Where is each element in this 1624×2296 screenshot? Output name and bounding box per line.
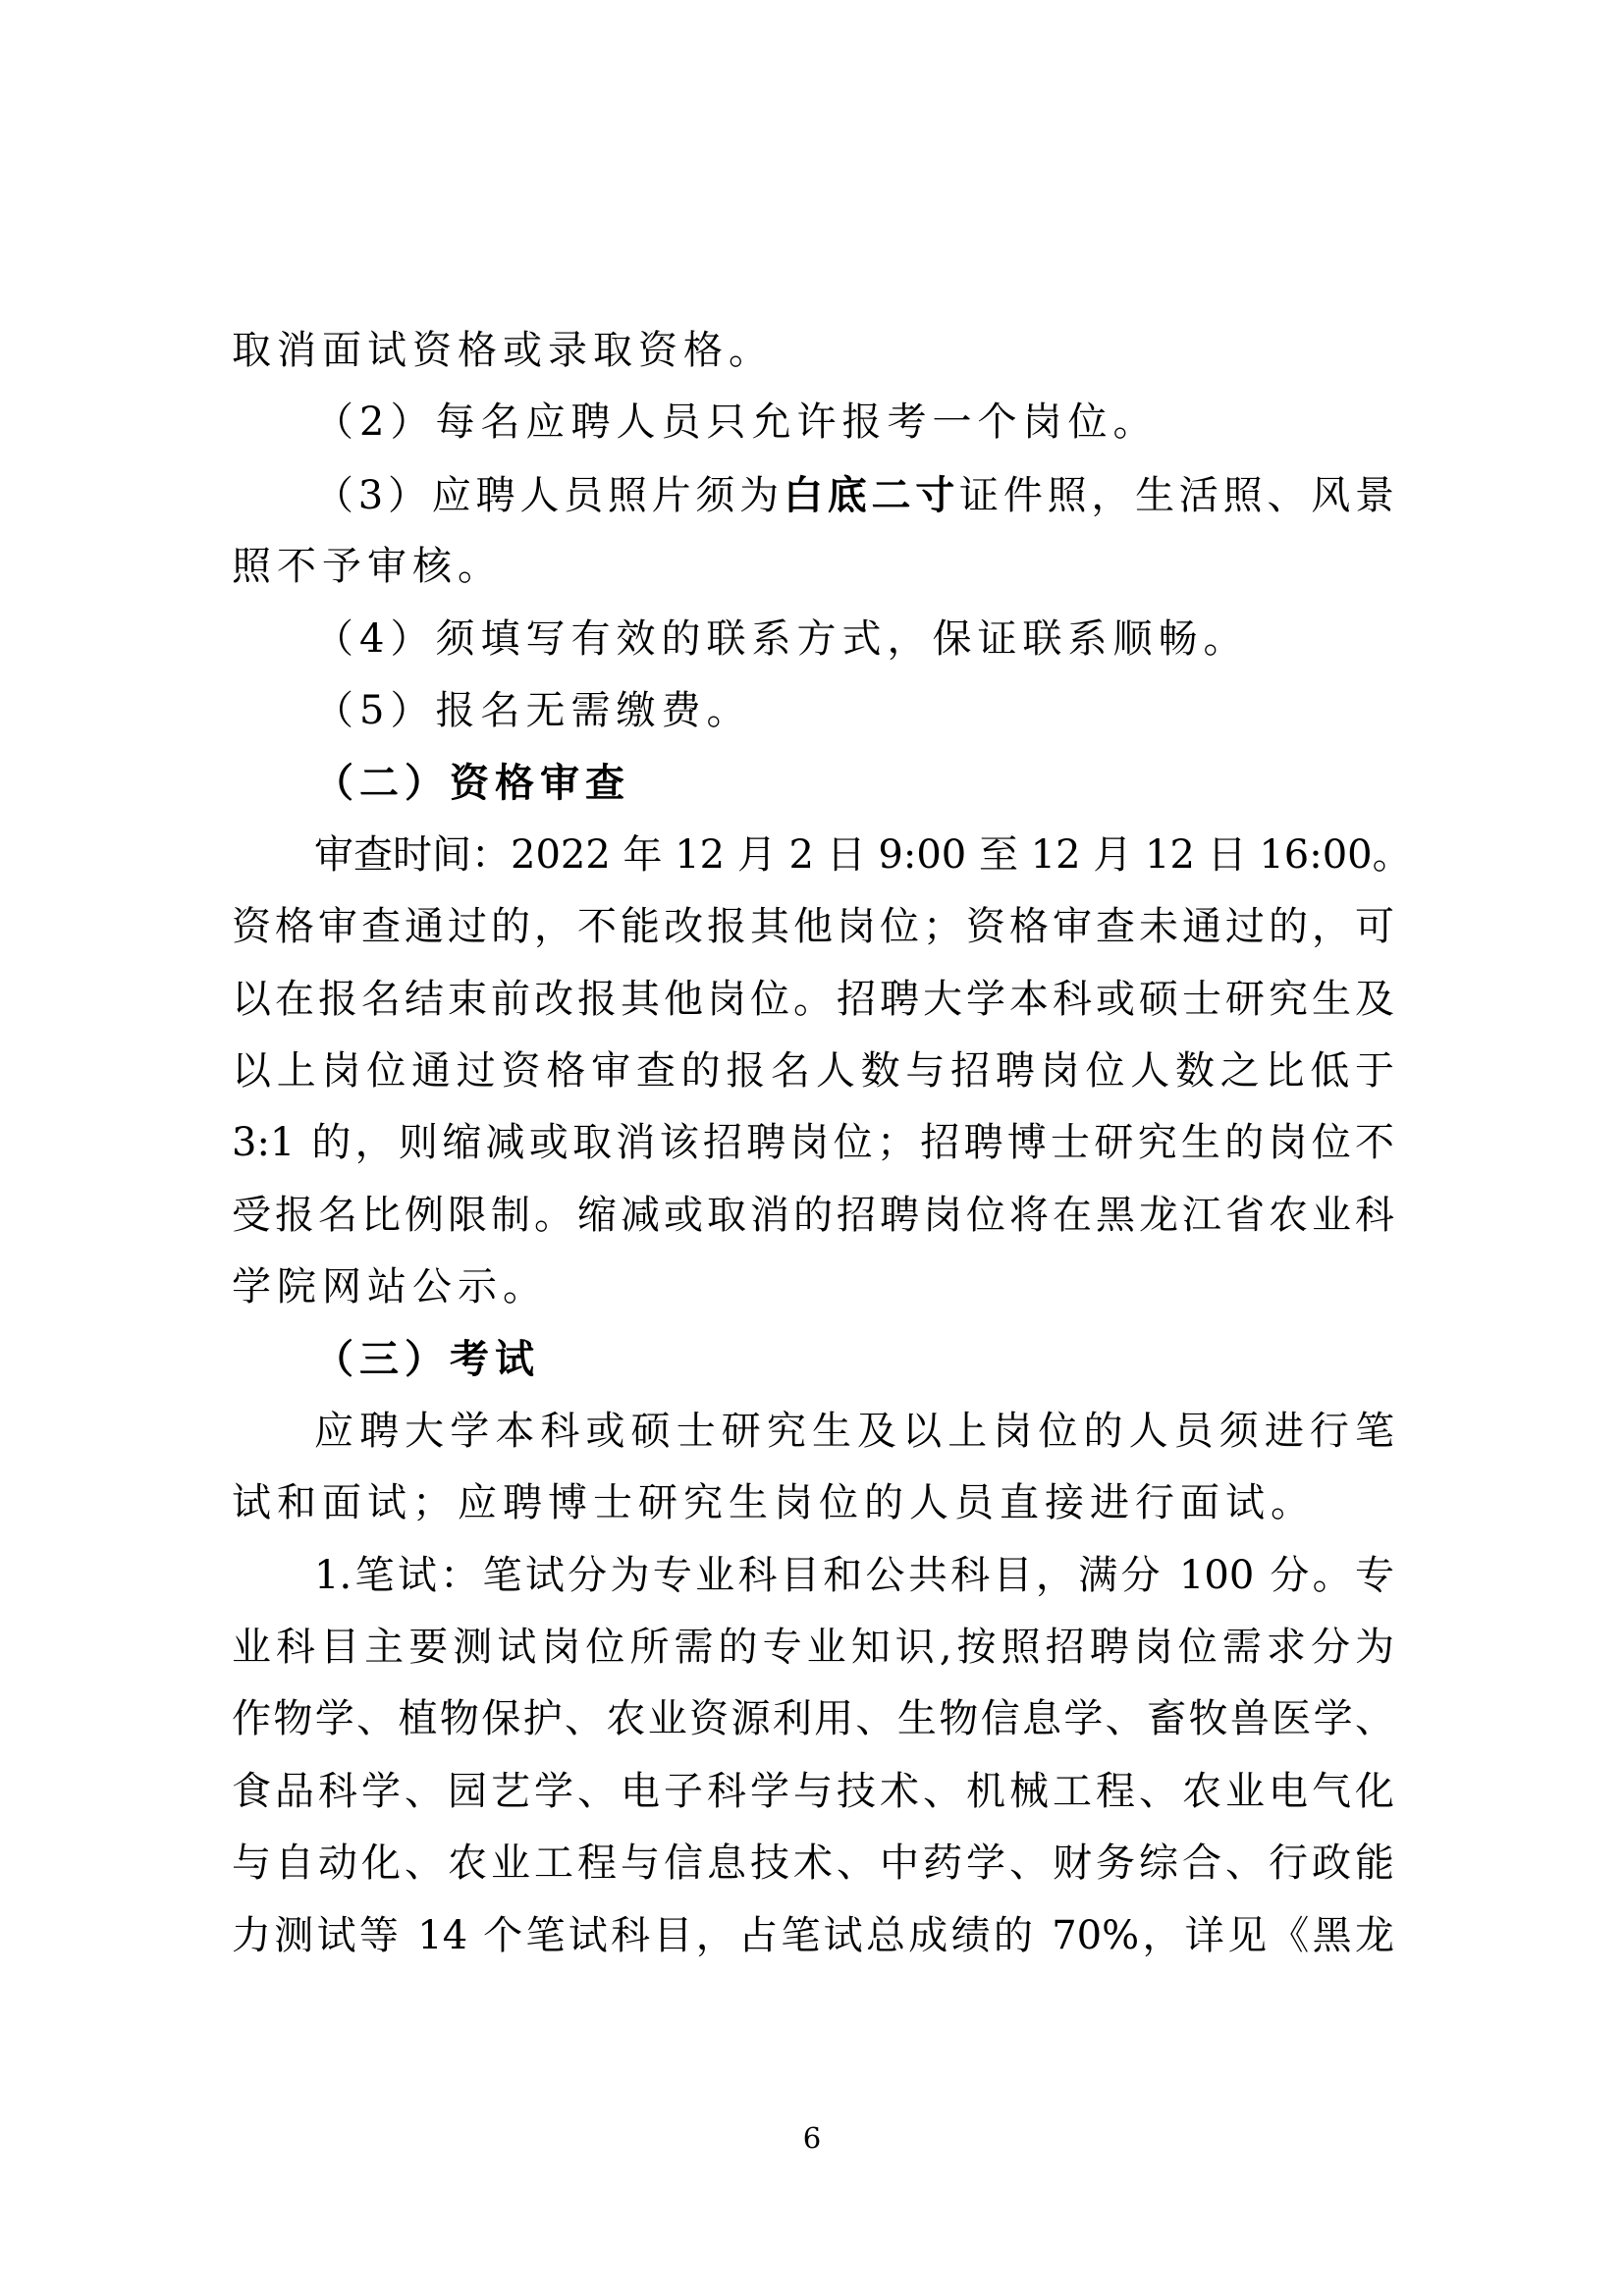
doc-line: 力测试等 14 个笔试科目，占笔试总成绩的 70%，详见《黑龙: [232, 1900, 1394, 1972]
doc-line-text: 1.笔试：笔试分为专业科目和公共科目，满分 100 分。专: [314, 1553, 1394, 1598]
doc-line-text: 与自动化、农业工程与信息技术、中药学、财务综合、行政能: [232, 1841, 1394, 1886]
doc-line-text: 审查时间：2022 年 12 月 2 日 9:00 至 12 月 12 日 16…: [314, 832, 1412, 878]
doc-line-text: 力测试等 14 个笔试科目，占笔试总成绩的 70%，详见《黑龙: [232, 1913, 1394, 1958]
doc-line: 照不予审核。: [232, 531, 1394, 603]
heading-qualification-review: （二）资格审查: [232, 747, 1394, 819]
doc-line: 业科目主要测试岗位所需的专业知识,按照招聘岗位需求分为: [232, 1612, 1394, 1683]
doc-line: 1.笔试：笔试分为专业科目和公共科目，满分 100 分。专: [232, 1540, 1394, 1612]
doc-line-text: 资格审查通过的，不能改报其他岗位；资格审查未通过的，可: [232, 904, 1394, 949]
doc-line: 资格审查通过的，不能改报其他岗位；资格审查未通过的，可: [232, 891, 1394, 963]
doc-line: 与自动化、农业工程与信息技术、中药学、财务综合、行政能: [232, 1828, 1394, 1899]
doc-line: 试和面试；应聘博士研究生岗位的人员直接进行面试。: [232, 1468, 1394, 1539]
doc-line-text: 以上岗位通过资格审查的报名人数与招聘岗位人数之比低于: [232, 1048, 1394, 1094]
doc-line: 食品科学、园艺学、电子科学与技术、机械工程、农业电气化: [232, 1756, 1394, 1828]
doc-line-text: 3:1 的，则缩减或取消该招聘岗位；招聘博士研究生的岗位不: [232, 1120, 1394, 1165]
doc-line-text: 应聘大学本科或硕士研究生及以上岗位的人员须进行笔: [314, 1409, 1394, 1454]
doc-line-text: （4）须填写有效的联系方式，保证联系顺畅。: [314, 616, 1248, 662]
doc-line: （4）须填写有效的联系方式，保证联系顺畅。: [232, 604, 1394, 675]
doc-line: 取消面试资格或录取资格。: [232, 315, 1394, 387]
heading-text: （三）考试: [314, 1336, 540, 1382]
doc-line: 受报名比例限制。缩减或取消的招聘岗位将在黑龙江省农业科: [232, 1180, 1394, 1252]
doc-line: 审查时间：2022 年 12 月 2 日 9:00 至 12 月 12 日 16…: [232, 820, 1394, 891]
doc-line-text: 证件照，生活照、风景: [959, 473, 1394, 518]
doc-line-text: （5）报名无需缴费。: [314, 688, 751, 733]
page-number: 6: [0, 2109, 1624, 2167]
doc-line-text: 业科目主要测试岗位所需的专业知识,按照招聘岗位需求分为: [232, 1625, 1394, 1670]
heading-examination: （三）考试: [232, 1323, 1394, 1395]
doc-line-text: 以在报名结束前改报其他岗位。招聘大学本科或硕士研究生及: [232, 977, 1394, 1022]
doc-line-text: 取消面试资格或录取资格。: [232, 328, 774, 373]
doc-line-text: 学院网站公示。: [232, 1264, 548, 1309]
doc-line-text: 试和面试；应聘博士研究生岗位的人员直接进行面试。: [232, 1480, 1316, 1525]
doc-line: 以上岗位通过资格审查的报名人数与招聘岗位人数之比低于: [232, 1036, 1394, 1107]
doc-line-text: 作物学、植物保护、农业资源利用、生物信息学、畜牧兽医学、: [232, 1696, 1394, 1741]
text-block: 取消面试资格或录取资格。 （2）每名应聘人员只允许报考一个岗位。 （3）应聘人员…: [232, 315, 1394, 1972]
doc-line-text: （2）每名应聘人员只允许报考一个岗位。: [314, 400, 1158, 445]
doc-line: 作物学、植物保护、农业资源利用、生物信息学、畜牧兽医学、: [232, 1683, 1394, 1755]
doc-line-text: 受报名比例限制。缩减或取消的招聘岗位将在黑龙江省农业科: [232, 1193, 1394, 1238]
doc-line-text-bold: 白底二寸: [784, 472, 959, 518]
doc-line-text: （3）应聘人员照片须为: [314, 473, 784, 518]
doc-line: 应聘大学本科或硕士研究生及以上岗位的人员须进行笔: [232, 1396, 1394, 1468]
doc-line: （2）每名应聘人员只允许报考一个岗位。: [232, 387, 1394, 458]
doc-line: （5）报名无需缴费。: [232, 675, 1394, 747]
doc-line: 学院网站公示。: [232, 1252, 1394, 1323]
doc-line-text: 照不予审核。: [232, 544, 503, 589]
heading-text: （二）资格审查: [314, 760, 630, 806]
doc-line: （3）应聘人员照片须为白底二寸证件照，生活照、风景: [232, 459, 1394, 531]
doc-line: 以在报名结束前改报其他岗位。招聘大学本科或硕士研究生及: [232, 964, 1394, 1036]
doc-line: 3:1 的，则缩减或取消该招聘岗位；招聘博士研究生的岗位不: [232, 1107, 1394, 1179]
doc-line-text: 食品科学、园艺学、电子科学与技术、机械工程、农业电气化: [232, 1769, 1394, 1814]
